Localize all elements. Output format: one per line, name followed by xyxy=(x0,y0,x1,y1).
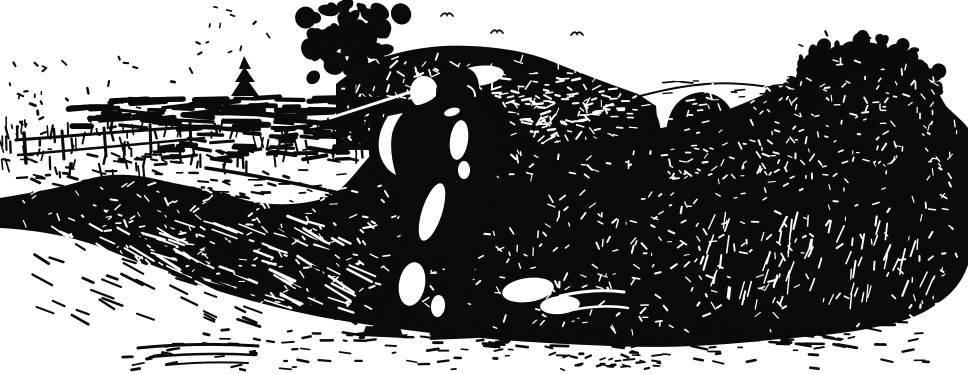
texture-stroke xyxy=(315,134,333,135)
texture-stroke xyxy=(609,359,612,360)
texture-stroke xyxy=(796,105,797,110)
texture-stroke xyxy=(363,227,370,228)
texture-stroke xyxy=(241,110,264,111)
texture-stroke xyxy=(877,146,878,150)
texture-stroke xyxy=(196,148,211,150)
texture-stroke xyxy=(800,189,803,190)
texture-stroke xyxy=(687,100,695,101)
texture-stroke xyxy=(383,255,390,256)
texture-stroke xyxy=(902,69,903,75)
texture-stroke xyxy=(60,172,61,177)
texture-stroke xyxy=(66,99,68,101)
texture-stroke xyxy=(301,348,310,349)
texture-stroke xyxy=(353,254,357,255)
texture-stroke xyxy=(825,136,828,137)
texture-stroke xyxy=(931,122,932,124)
texture-stroke xyxy=(806,137,807,144)
texture-stroke xyxy=(105,230,111,231)
texture-stroke xyxy=(275,193,278,194)
texture-stroke xyxy=(509,252,510,255)
texture-stroke xyxy=(160,298,165,299)
texture-stroke xyxy=(709,320,719,321)
texture-stroke xyxy=(609,89,617,90)
texture-stroke xyxy=(198,134,222,135)
texture-stroke xyxy=(281,224,282,227)
texture-stroke xyxy=(659,103,664,104)
texture-stroke xyxy=(633,151,634,154)
texture-stroke xyxy=(671,149,674,150)
texture-stroke xyxy=(602,240,603,247)
texture-stroke xyxy=(276,119,294,120)
texture-stroke xyxy=(710,347,716,348)
texture-stroke xyxy=(736,95,738,96)
texture-stroke xyxy=(656,321,662,322)
texture-stroke xyxy=(278,152,296,155)
texture-stroke xyxy=(797,343,814,344)
texture-stroke xyxy=(826,126,828,127)
texture-stroke xyxy=(253,220,256,221)
texture-stroke xyxy=(533,73,537,74)
texture-stroke xyxy=(936,303,941,304)
texture-stroke xyxy=(24,91,27,92)
texture-stroke xyxy=(716,353,720,354)
texture-stroke xyxy=(500,339,510,341)
texture-stroke xyxy=(557,81,564,82)
texture-stroke xyxy=(140,226,145,227)
texture-stroke xyxy=(593,113,601,114)
texture-stroke xyxy=(10,83,11,85)
texture-stroke xyxy=(942,268,943,270)
texture-stroke xyxy=(789,89,794,90)
texture-stroke xyxy=(577,365,581,366)
texture-stroke xyxy=(886,93,888,94)
texture-stroke xyxy=(718,179,719,184)
texture-stroke xyxy=(770,342,789,343)
texture-stroke xyxy=(306,141,307,148)
texture-stroke xyxy=(617,127,623,128)
texture-stroke xyxy=(735,90,745,91)
texture-stroke xyxy=(129,221,132,223)
texture-stroke xyxy=(823,166,827,167)
texture-stroke xyxy=(195,99,227,100)
texture-stroke xyxy=(193,147,194,155)
texture-stroke xyxy=(181,105,210,106)
texture-stroke xyxy=(714,275,715,284)
texture-stroke xyxy=(631,328,650,329)
texture-stroke xyxy=(734,244,735,251)
texture-stroke xyxy=(240,193,244,194)
texture-stroke xyxy=(856,117,858,118)
texture-stroke xyxy=(626,162,629,163)
texture-stroke xyxy=(244,128,259,129)
texture-stroke xyxy=(82,215,84,216)
texture-stroke xyxy=(267,341,274,342)
woodcut-illustration xyxy=(0,0,970,374)
texture-stroke xyxy=(534,118,535,131)
texture-stroke xyxy=(929,209,936,210)
texture-stroke xyxy=(803,236,806,237)
texture-stroke xyxy=(108,81,109,86)
texture-stroke xyxy=(143,167,144,177)
texture-stroke xyxy=(239,147,240,154)
texture-stroke xyxy=(530,101,534,102)
texture-stroke xyxy=(932,168,933,175)
texture-stroke xyxy=(54,129,55,142)
texture-stroke xyxy=(664,61,670,62)
texture-stroke xyxy=(710,148,713,149)
texture-stroke xyxy=(197,42,200,44)
texture-stroke xyxy=(239,259,246,260)
texture-stroke xyxy=(27,190,31,191)
texture-stroke xyxy=(765,70,769,71)
texture-stroke xyxy=(629,127,637,128)
texture-stroke xyxy=(253,125,254,132)
texture-stroke xyxy=(297,127,309,129)
texture-stroke xyxy=(569,223,570,226)
texture-stroke xyxy=(728,277,730,278)
texture-stroke xyxy=(119,215,122,216)
texture-stroke xyxy=(621,342,624,343)
texture-stroke xyxy=(810,368,818,369)
texture-stroke xyxy=(244,133,259,134)
texture-stroke xyxy=(136,163,137,170)
texture-stroke xyxy=(496,342,508,343)
texture-stroke xyxy=(282,342,294,343)
texture-stroke xyxy=(652,355,662,356)
texture-stroke xyxy=(97,129,98,134)
texture-stroke xyxy=(137,107,141,108)
texture-stroke xyxy=(303,150,307,151)
texture-stroke xyxy=(254,339,260,340)
texture-stroke xyxy=(151,250,154,251)
texture-stroke xyxy=(712,84,714,86)
texture-stroke xyxy=(728,287,729,298)
texture-stroke xyxy=(517,346,528,347)
texture-stroke xyxy=(561,121,565,122)
texture-stroke xyxy=(558,155,559,160)
texture-stroke xyxy=(551,346,568,347)
texture-stroke xyxy=(25,265,30,266)
fence-post-2 xyxy=(62,131,64,159)
texture-stroke xyxy=(275,302,280,303)
texture-stroke xyxy=(288,331,292,332)
texture-stroke xyxy=(149,118,174,120)
texture-stroke xyxy=(633,278,640,279)
texture-stroke xyxy=(94,205,96,206)
texture-stroke xyxy=(540,244,542,246)
texture-stroke xyxy=(334,133,346,134)
texture-stroke xyxy=(299,112,333,114)
texture-stroke xyxy=(334,223,336,225)
texture-stroke xyxy=(645,65,648,66)
texture-stroke xyxy=(243,154,244,168)
texture-stroke xyxy=(87,88,88,93)
texture-stroke xyxy=(309,100,326,101)
texture-stroke xyxy=(54,271,56,273)
texture-stroke xyxy=(276,129,294,130)
texture-stroke xyxy=(154,355,164,357)
texture-stroke xyxy=(376,283,381,284)
texture-stroke xyxy=(750,250,752,252)
texture-stroke xyxy=(156,273,159,274)
texture-stroke xyxy=(21,133,24,134)
texture-stroke xyxy=(790,233,791,240)
texture-stroke xyxy=(697,133,699,134)
texture-stroke xyxy=(166,346,169,347)
texture-stroke xyxy=(660,322,661,326)
texture-stroke xyxy=(257,209,259,210)
texture-stroke xyxy=(126,246,127,248)
texture-stroke xyxy=(536,309,540,310)
texture-stroke xyxy=(665,341,681,342)
texture-stroke xyxy=(222,330,229,331)
texture-stroke xyxy=(329,102,353,104)
texture-stroke xyxy=(250,351,255,352)
texture-stroke xyxy=(47,126,48,138)
texture-stroke xyxy=(198,181,208,182)
texture-stroke xyxy=(533,81,537,82)
texture-stroke xyxy=(317,194,318,195)
texture-stroke xyxy=(681,82,693,83)
texture-stroke xyxy=(309,109,342,110)
texture-stroke xyxy=(645,341,653,342)
texture-stroke xyxy=(111,199,118,200)
texture-stroke xyxy=(600,91,604,92)
texture-stroke xyxy=(825,87,830,88)
texture-stroke xyxy=(950,328,955,329)
texture-stroke xyxy=(225,238,227,239)
texture-stroke xyxy=(933,77,934,81)
texture-stroke xyxy=(657,363,660,364)
texture-stroke xyxy=(956,82,957,86)
texture-stroke xyxy=(775,130,780,131)
texture-stroke xyxy=(910,305,912,308)
texture-stroke xyxy=(246,225,248,226)
texture-stroke xyxy=(401,97,406,98)
texture-stroke xyxy=(954,88,955,90)
texture-stroke xyxy=(550,102,555,103)
texture-stroke xyxy=(534,103,543,104)
texture-stroke xyxy=(132,369,140,370)
texture-stroke xyxy=(186,244,194,245)
texture-stroke xyxy=(741,193,745,194)
texture-stroke xyxy=(63,173,68,174)
texture-stroke xyxy=(367,339,376,340)
texture-stroke xyxy=(823,299,824,302)
texture-stroke xyxy=(605,80,614,81)
texture-stroke xyxy=(431,272,436,273)
texture-stroke xyxy=(478,327,490,328)
texture-stroke xyxy=(615,361,620,362)
texture-stroke xyxy=(685,129,689,130)
texture-stroke xyxy=(698,169,700,170)
texture-stroke xyxy=(871,240,872,245)
texture-stroke xyxy=(483,344,500,345)
texture-stroke xyxy=(899,325,900,328)
texture-stroke xyxy=(699,104,706,105)
texture-stroke xyxy=(318,122,319,127)
texture-stroke xyxy=(131,101,166,103)
texture-stroke xyxy=(575,79,580,80)
texture-stroke xyxy=(507,136,508,149)
texture-stroke xyxy=(809,354,818,355)
texture-stroke xyxy=(234,147,254,149)
texture-stroke xyxy=(50,157,51,169)
texture-stroke xyxy=(669,159,670,165)
texture-stroke xyxy=(286,131,287,140)
texture-stroke xyxy=(2,159,3,169)
engraving-page xyxy=(0,0,970,374)
fence-post-3 xyxy=(104,128,106,156)
texture-stroke xyxy=(827,98,829,100)
cuff-highlight xyxy=(458,161,470,179)
texture-stroke xyxy=(695,148,699,149)
texture-stroke xyxy=(595,111,603,112)
texture-stroke xyxy=(791,220,792,233)
texture-stroke xyxy=(621,366,629,367)
texture-stroke xyxy=(581,68,584,69)
texture-stroke xyxy=(582,120,587,122)
texture-stroke xyxy=(4,159,10,160)
texture-stroke xyxy=(894,96,897,97)
texture-stroke xyxy=(684,173,687,174)
texture-stroke xyxy=(104,113,120,114)
texture-stroke xyxy=(493,336,502,338)
texture-stroke xyxy=(385,345,396,346)
texture-stroke xyxy=(912,321,914,322)
texture-stroke xyxy=(12,125,13,128)
texture-stroke xyxy=(171,82,174,83)
texture-stroke xyxy=(655,272,660,273)
texture-stroke xyxy=(586,109,587,113)
texture-stroke xyxy=(851,269,852,279)
fence-post-4 xyxy=(150,125,151,151)
texture-stroke xyxy=(438,361,449,362)
texture-stroke xyxy=(320,226,322,228)
texture-stroke xyxy=(393,352,396,353)
texture-stroke xyxy=(147,358,152,359)
texture-stroke xyxy=(618,345,624,346)
texture-stroke xyxy=(538,231,539,237)
texture-stroke xyxy=(49,213,52,214)
texture-stroke xyxy=(335,146,347,147)
texture-stroke xyxy=(569,173,575,174)
texture-stroke xyxy=(231,15,235,16)
texture-stroke xyxy=(662,155,668,156)
texture-stroke xyxy=(229,51,232,52)
texture-stroke xyxy=(876,217,877,226)
texture-stroke xyxy=(663,93,672,94)
texture-stroke xyxy=(917,239,918,249)
texture-stroke xyxy=(461,349,468,350)
texture-stroke xyxy=(855,205,857,206)
texture-stroke xyxy=(690,331,699,332)
texture-stroke xyxy=(787,336,793,337)
texture-stroke xyxy=(734,198,737,199)
texture-stroke xyxy=(155,164,166,165)
texture-stroke xyxy=(197,161,198,167)
texture-stroke xyxy=(829,324,843,325)
texture-stroke xyxy=(864,119,866,120)
texture-stroke xyxy=(101,173,105,174)
texture-stroke xyxy=(362,148,363,158)
texture-stroke xyxy=(653,265,654,267)
texture-stroke xyxy=(613,274,615,275)
texture-stroke xyxy=(363,217,368,218)
texture-stroke xyxy=(484,346,495,347)
texture-stroke xyxy=(337,174,346,175)
texture-stroke xyxy=(869,323,879,324)
texture-stroke xyxy=(557,334,561,335)
texture-stroke xyxy=(41,101,42,104)
texture-stroke xyxy=(196,235,197,237)
texture-stroke xyxy=(522,99,531,101)
texture-stroke xyxy=(372,323,391,324)
texture-stroke xyxy=(862,112,868,113)
texture-stroke xyxy=(815,116,819,117)
texture-stroke xyxy=(548,129,555,130)
texture-stroke xyxy=(285,255,287,256)
texture-stroke xyxy=(496,96,501,97)
texture-stroke xyxy=(344,340,347,341)
texture-stroke xyxy=(240,46,241,50)
texture-stroke xyxy=(555,95,559,96)
texture-stroke xyxy=(477,340,484,341)
texture-stroke xyxy=(531,267,535,268)
texture-stroke xyxy=(693,104,697,105)
texture-stroke xyxy=(204,334,209,335)
texture-stroke xyxy=(89,121,91,122)
texture-stroke xyxy=(70,163,71,176)
texture-stroke xyxy=(801,335,813,337)
texture-stroke xyxy=(251,353,257,354)
texture-stroke xyxy=(206,42,208,43)
texture-stroke xyxy=(681,207,682,213)
texture-stroke xyxy=(210,24,211,27)
texture-stroke xyxy=(915,333,923,334)
texture-stroke xyxy=(524,255,527,256)
texture-stroke xyxy=(500,277,505,278)
texture-stroke xyxy=(655,100,663,101)
texture-stroke xyxy=(613,347,624,349)
texture-stroke xyxy=(874,262,875,270)
texture-stroke xyxy=(290,201,293,202)
texture-stroke xyxy=(214,7,217,8)
texture-stroke xyxy=(299,193,305,194)
texture-stroke xyxy=(671,66,674,67)
texture-stroke xyxy=(800,113,801,116)
texture-stroke xyxy=(435,69,438,71)
texture-stroke xyxy=(942,209,948,210)
texture-stroke xyxy=(240,369,245,370)
texture-stroke xyxy=(319,360,331,361)
texture-stroke xyxy=(202,254,206,255)
texture-stroke xyxy=(853,158,854,162)
texture-stroke xyxy=(381,106,399,107)
fence-post-5 xyxy=(190,122,191,147)
texture-stroke xyxy=(774,152,779,153)
texture-stroke xyxy=(852,238,853,245)
texture-stroke xyxy=(583,322,587,323)
texture-stroke xyxy=(91,119,123,120)
texture-stroke xyxy=(151,159,157,160)
texture-stroke xyxy=(17,177,27,178)
texture-stroke xyxy=(663,354,670,355)
texture-stroke xyxy=(501,78,510,79)
texture-stroke xyxy=(284,176,289,178)
texture-stroke xyxy=(26,124,27,127)
texture-stroke xyxy=(652,361,660,362)
